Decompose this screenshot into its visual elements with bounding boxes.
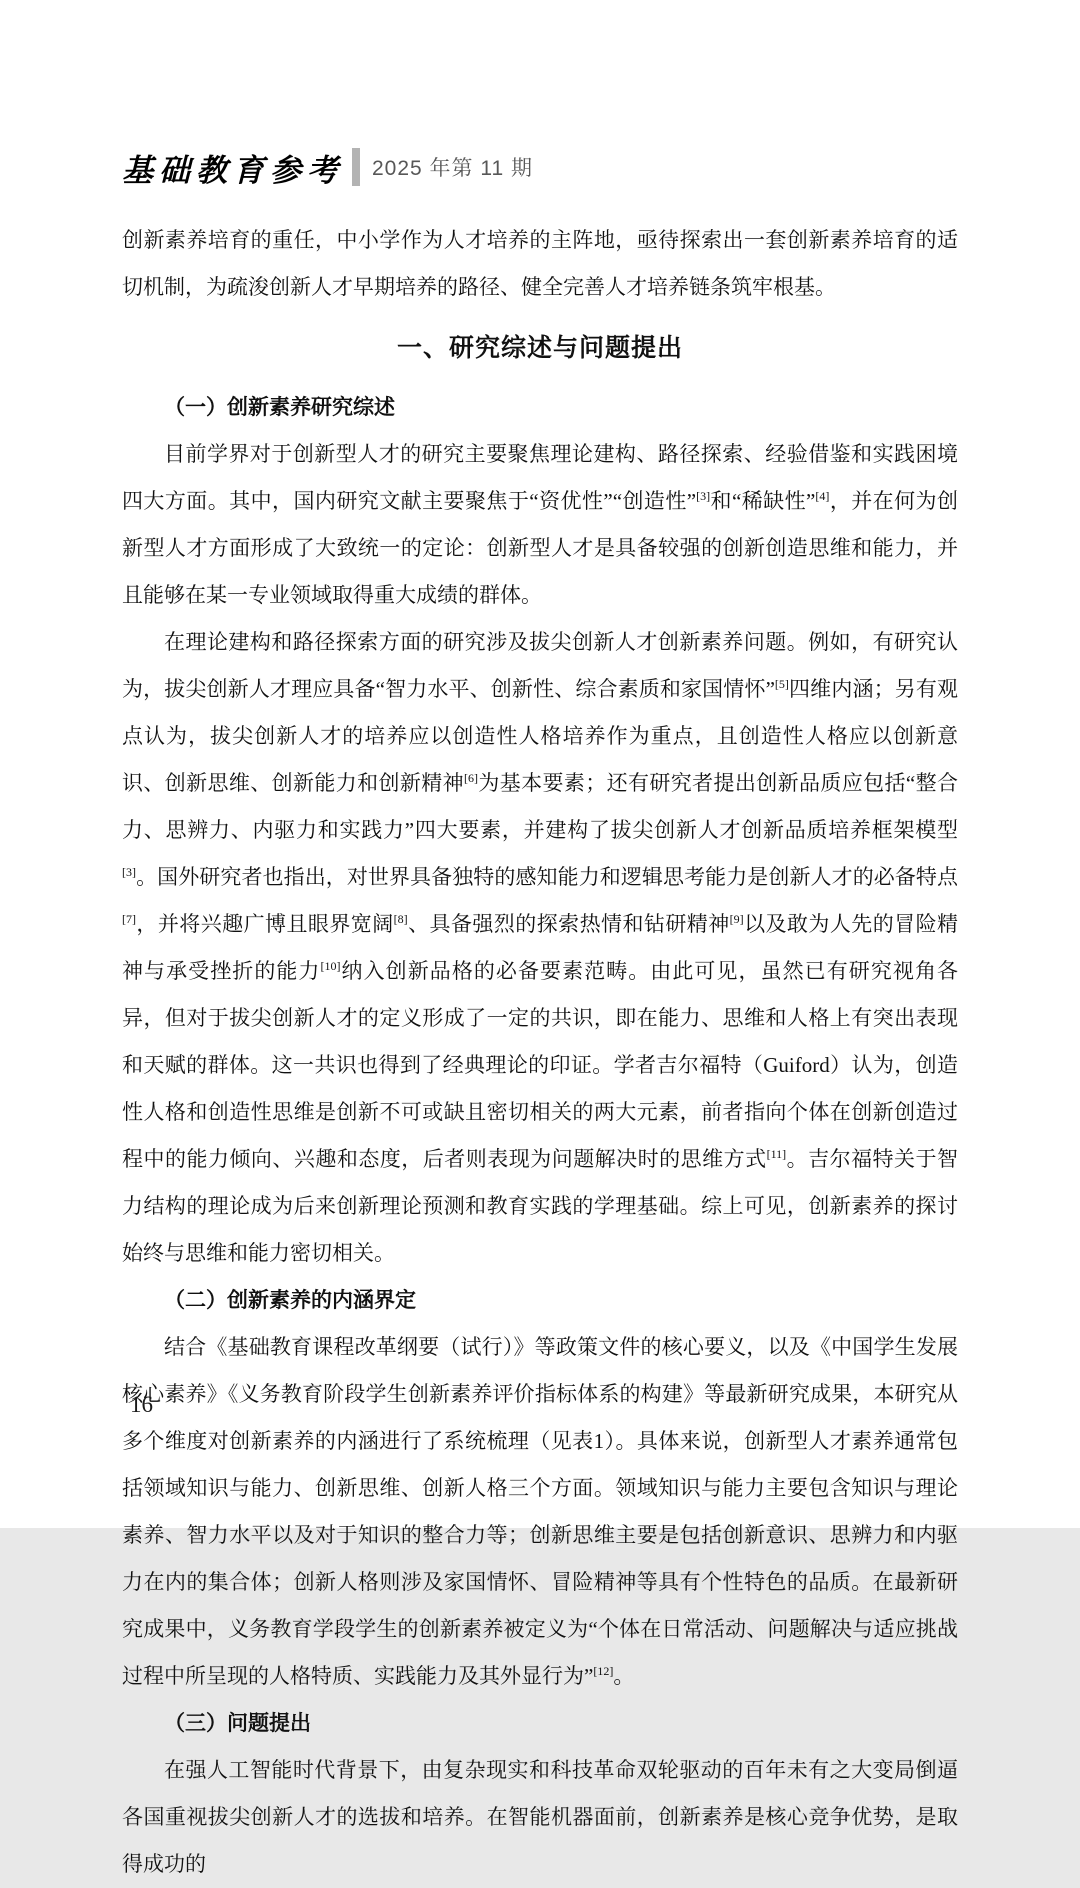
- citation-ref: [3]: [122, 865, 136, 879]
- body-paragraph: 在强人工智能时代背景下，由复杂现实和科技革命双轮驱动的百年未有之大变局倒逼各国重…: [122, 1747, 958, 1888]
- journal-header: 基础教育参考 2025 年第 11 期: [122, 145, 958, 189]
- article-body: 创新素养培育的重任，中小学作为人才培养的主阵地，亟待探索出一套创新素养培育的适切…: [122, 217, 958, 1888]
- issue-label: 2025 年第 11 期: [372, 152, 533, 182]
- intro-paragraph: 创新素养培育的重任，中小学作为人才培养的主阵地，亟待探索出一套创新素养培育的适切…: [122, 217, 958, 311]
- body-paragraph: 结合《基础教育课程改革纲要（试行）》等政策文件的核心要义，以及《中国学生发展核心…: [122, 1324, 958, 1700]
- citation-ref: [8]: [394, 912, 408, 926]
- body-paragraph: 在理论建构和路径探索方面的研究涉及拔尖创新人才创新素养问题。例如，有研究认为，拔…: [122, 619, 958, 1277]
- citation-ref: [3]: [696, 489, 710, 503]
- section-heading: （三）问题提出: [122, 1700, 958, 1747]
- section: （二）创新素养的内涵界定结合《基础教育课程改革纲要（试行）》等政策文件的核心要义…: [122, 1277, 958, 1700]
- journal-page: 基础教育参考 2025 年第 11 期 创新素养培育的重任，中小学作为人才培养的…: [0, 0, 1080, 1528]
- citation-ref: [6]: [464, 771, 478, 785]
- body-paragraph: 目前学界对于创新型人才的研究主要聚焦理论建构、路径探索、经验借鉴和实践困境四大方…: [122, 431, 958, 619]
- citation-ref: [10]: [321, 959, 341, 973]
- page-number: 16: [130, 1392, 153, 1418]
- citation-ref: [12]: [593, 1664, 613, 1678]
- header-divider-bar: [352, 148, 360, 186]
- section: （一）创新素养研究综述目前学界对于创新型人才的研究主要聚焦理论建构、路径探索、经…: [122, 384, 958, 1277]
- citation-ref: [4]: [815, 489, 829, 503]
- sections-container: （一）创新素养研究综述目前学界对于创新型人才的研究主要聚焦理论建构、路径探索、经…: [122, 384, 958, 1888]
- section-heading: （二）创新素养的内涵界定: [122, 1277, 958, 1324]
- main-heading: 一、研究综述与问题提出: [122, 325, 958, 372]
- citation-ref: [11]: [767, 1147, 787, 1161]
- journal-logo-text: 基础教育参考: [122, 145, 344, 190]
- citation-ref: [7]: [122, 912, 136, 926]
- section-heading: （一）创新素养研究综述: [122, 384, 958, 431]
- section: （三）问题提出在强人工智能时代背景下，由复杂现实和科技革命双轮驱动的百年未有之大…: [122, 1700, 958, 1888]
- citation-ref: [5]: [775, 677, 789, 691]
- citation-ref: [9]: [730, 912, 744, 926]
